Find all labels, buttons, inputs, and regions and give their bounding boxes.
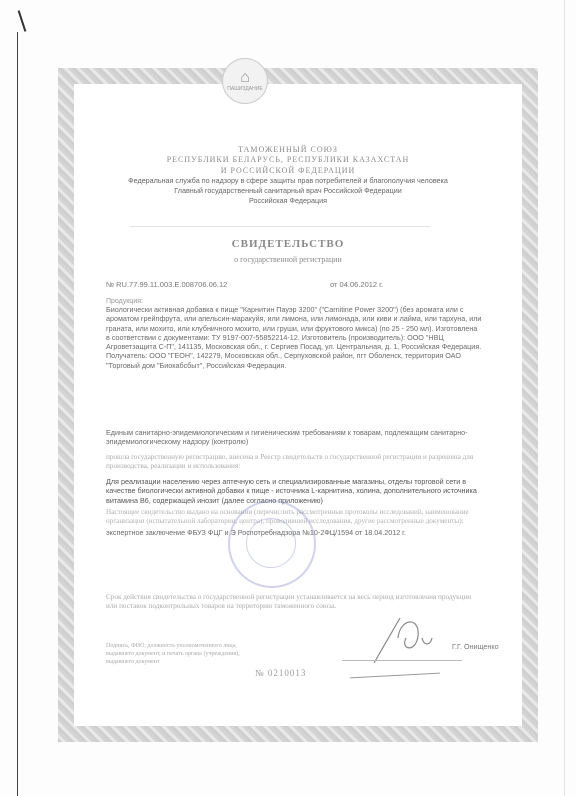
emblem-label: ПАШИЗДАНИЕ xyxy=(227,86,262,92)
header-official: Главный государственный санитарный врач … xyxy=(0,186,576,195)
margin-tick-mark xyxy=(18,10,27,32)
usage-text: Для реализации населению через аптечную … xyxy=(106,477,482,505)
emblem-logo: ⌂ ПАШИЗДАНИЕ xyxy=(222,58,268,104)
eagle-emblem-icon: ⌂ xyxy=(240,70,250,86)
scan-edge-line xyxy=(564,0,565,796)
header-country: Российская Федерация xyxy=(0,196,576,205)
header-divider xyxy=(130,226,430,227)
document-title: СВИДЕТЕЛЬСТВО xyxy=(0,238,576,250)
product-label: Продукция: xyxy=(106,298,143,305)
document-subtitle: о государственной регистрации xyxy=(0,255,576,264)
registration-number-value: RU.77.99.11.003.E.008706.06.12 xyxy=(116,280,227,289)
official-stamp-inner-icon xyxy=(246,518,296,568)
signature-line xyxy=(342,660,462,661)
signature-icon xyxy=(370,608,450,668)
signer-name: Г.Г. Онищенко xyxy=(452,642,499,651)
header-republics: РЕСПУБЛИКИ БЕЛАРУСЬ, РЕСПУБЛИКИ КАЗАХСТА… xyxy=(0,155,576,164)
registration-date: от 04.06.2012 г. xyxy=(330,280,383,289)
header-agency: Федеральная служба по надзору в сфере за… xyxy=(0,176,576,185)
norms-text: Единым санитарно-эпидемиологическим и ги… xyxy=(106,428,482,447)
product-description: Биологически активная добавка к пище "Ка… xyxy=(106,305,482,370)
header-union: ТАМОЖЕННЫЙ СОЮЗ xyxy=(0,145,576,154)
signature-caption: Подпись, ФИО, должность уполномоченного … xyxy=(106,642,256,666)
registration-number-label: № xyxy=(106,280,114,289)
serial-number: № 0210013 xyxy=(255,668,306,678)
header-federation: И РОССИЙСКОЙ ФЕДЕРАЦИИ xyxy=(0,166,576,175)
registration-date-value: 04.06.2012 г. xyxy=(340,280,384,289)
passed-registration-text: прошла государственную регистрацию, внес… xyxy=(106,453,482,472)
registration-number: № RU.77.99.11.003.E.008706.06.12 xyxy=(106,280,227,289)
registration-date-label: от xyxy=(330,280,337,289)
